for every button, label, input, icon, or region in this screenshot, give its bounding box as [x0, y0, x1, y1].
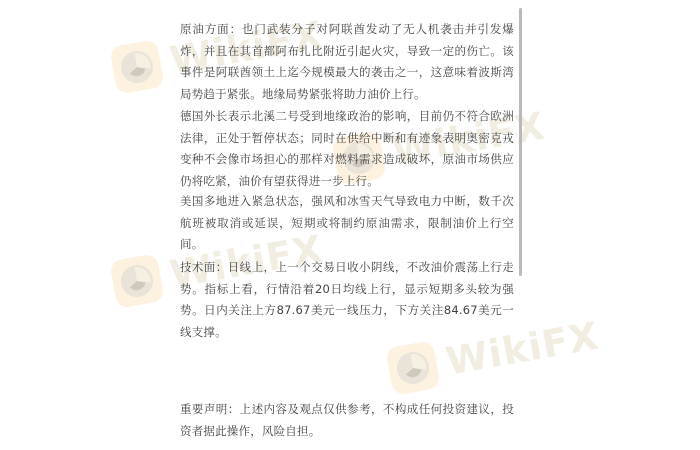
paragraph-nordstream-supply: 德国外长表示北溪二号受到地缘政治的影响，目前仍不符合欧洲法律，正处于暂停状态；同…	[180, 106, 514, 192]
wikifx-logo-icon	[108, 252, 166, 310]
wikifx-logo-icon	[384, 339, 442, 397]
paragraph-us-weather: 美国多地进入紧急状态，强风和冰雪天气导致电力中断，数千次航班被取消或延误，短期或…	[180, 191, 514, 256]
paragraph-technical-analysis: 技术面：日线上，上一个交易日收小阴线，不改油价震荡上行走势。指标上看，行情沿着2…	[180, 257, 514, 343]
article-page: WikiFX WikiFX WikiFX	[0, 0, 700, 450]
disclaimer-text: 重要声明：上述内容及观点仅供参考，不构成任何投资建议，投资者据此操作，风险自担。	[180, 399, 514, 442]
wikifx-logo-icon	[108, 38, 166, 96]
scrollbar-thumb[interactable]	[519, 8, 522, 276]
paragraph-crude-oil-news: 原油方面：也门武装分子对阿联酋发动了无人机袭击并引发爆炸，并且在其首都阿布扎比附…	[180, 19, 514, 105]
